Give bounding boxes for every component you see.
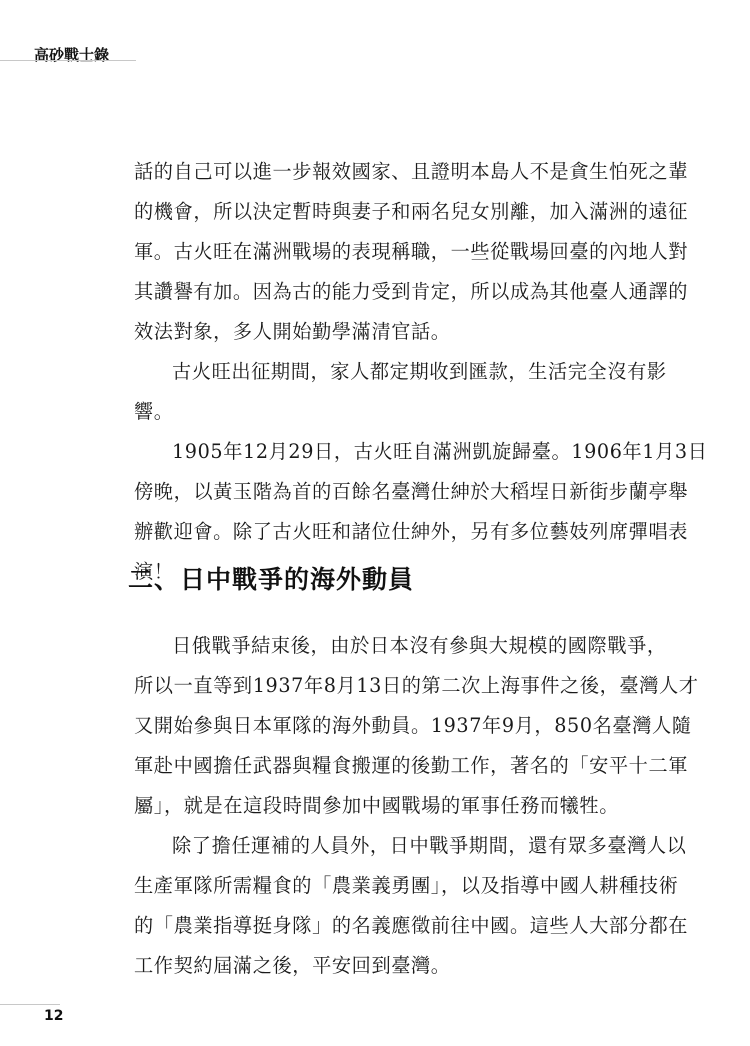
- text-line: 生產軍隊所需糧食的「農業義勇團」，以及指導中國人耕種技術: [134, 866, 614, 906]
- text-line: 屬」，就是在這段時間參加中國戰場的軍事任務而犧牲。: [134, 786, 614, 826]
- text-line: 軍。古火旺在滿洲戰場的表現稱職，一些從戰場回臺的內地人對: [134, 232, 614, 272]
- text-line: 軍赴中國擔任武器與糧食搬運的後勤工作，著名的「安平十二軍: [134, 746, 614, 786]
- section-heading: 二、日中戰爭的海外動員: [128, 560, 414, 596]
- text-line: 除了擔任運補的人員外，日中戰爭期間，還有眾多臺灣人以: [134, 826, 614, 866]
- text-line: 其讚譽有加。因為古的能力受到肯定，所以成為其他臺人通譯的: [134, 272, 614, 312]
- text-line: 話的自己可以進一步報效國家、且證明本島人不是貪生怕死之輩: [134, 152, 614, 192]
- header-rule: [0, 60, 136, 61]
- text-line: 又開始參與日本軍隊的海外動員。1937年9月，850名臺灣人隨: [134, 706, 614, 746]
- footer-rule: [0, 1004, 60, 1005]
- text-line: 辦歡迎會。除了古火旺和諸位仕紳外，另有多位藝妓列席彈唱表: [134, 512, 614, 552]
- paragraph: 話的自己可以進一步報效國家、且證明本島人不是貪生怕死之輩 的機會，所以決定暫時與…: [134, 152, 614, 352]
- text-line: 古火旺出征期間，家人都定期收到匯款，生活完全沒有影: [134, 352, 614, 392]
- body-text-part2: 日俄戰爭結束後，由於日本沒有參與大規模的國際戰爭， 所以一直等到1937年8月1…: [134, 626, 614, 986]
- text-line: 效法對象，多人開始勤學滿清官話。: [134, 312, 614, 352]
- text-line: 的「農業指導挺身隊」的名義應徵前往中國。這些人大部分都在: [134, 906, 614, 946]
- running-head-title: 高砂戰士錄: [34, 44, 109, 65]
- text-line: 傍晚，以黃玉階為首的百餘名臺灣仕紳於大稻埕日新街步蘭亭舉: [134, 472, 614, 512]
- paragraph: 古火旺出征期間，家人都定期收到匯款，生活完全沒有影 響。: [134, 352, 614, 432]
- paragraph: 除了擔任運補的人員外，日中戰爭期間，還有眾多臺灣人以 生產軍隊所需糧食的「農業義…: [134, 826, 614, 986]
- page-number: 12: [44, 1008, 63, 1024]
- text-line: 的機會，所以決定暫時與妻子和兩名兒女別離，加入滿洲的遠征: [134, 192, 614, 232]
- paragraph: 日俄戰爭結束後，由於日本沒有參與大規模的國際戰爭， 所以一直等到1937年8月1…: [134, 626, 614, 826]
- text-line: 工作契約屆滿之後，平安回到臺灣。: [134, 946, 614, 986]
- text-line: 日俄戰爭結束後，由於日本沒有參與大規模的國際戰爭，: [134, 626, 614, 666]
- text-line: 所以一直等到1937年8月13日的第二次上海事件之後，臺灣人才: [134, 666, 614, 706]
- text-line: 響。: [134, 392, 614, 432]
- body-text-part1: 話的自己可以進一步報效國家、且證明本島人不是貪生怕死之輩 的機會，所以決定暫時與…: [134, 152, 614, 592]
- text-line: 1905年12月29日，古火旺自滿洲凱旋歸臺。1906年1月3日: [134, 432, 614, 472]
